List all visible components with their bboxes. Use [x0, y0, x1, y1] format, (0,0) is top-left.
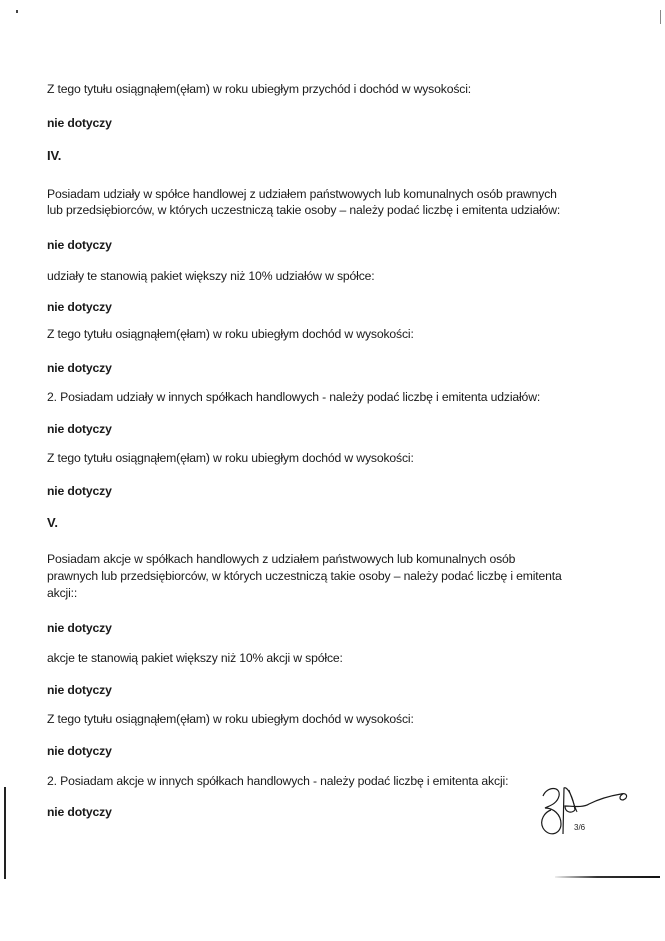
- income-statement-line: Z tego tytułu osiągnąłem(ęłam) w roku ub…: [47, 451, 414, 466]
- section-heading-iv: IV.: [47, 148, 61, 163]
- other-shares-line: 2. Posiadam udziały w innych spółkach ha…: [47, 390, 540, 405]
- stocks-paragraph-line-3: akcji::: [47, 586, 77, 601]
- scan-artifact: [660, 10, 661, 24]
- income-statement-line: Z tego tytułu osiągnąłem(ęłam) w roku ub…: [47, 327, 414, 342]
- not-applicable-answer: nie dotyczy: [47, 744, 112, 759]
- scan-artifact: [555, 876, 660, 878]
- shares-paragraph-line-1: Posiadam udziały w spółce handlowej z ud…: [47, 187, 557, 202]
- not-applicable-answer: nie dotyczy: [47, 361, 112, 376]
- not-applicable-answer: nie dotyczy: [47, 484, 112, 499]
- not-applicable-answer: nie dotyczy: [47, 238, 112, 253]
- stocks-paragraph-line-1: Posiadam akcje w spółkach handlowych z u…: [47, 552, 515, 567]
- income-statement-line: Z tego tytułu osiągnąłem(ęłam) w roku ub…: [47, 712, 414, 727]
- stocks-paragraph-line-2: prawnych lub przedsiębiorców, w których …: [47, 569, 562, 584]
- scan-artifact: [4, 787, 6, 879]
- not-applicable-answer: nie dotyczy: [47, 422, 112, 437]
- other-stocks-line: 2. Posiadam akcje w innych spółkach hand…: [47, 774, 508, 789]
- not-applicable-answer: nie dotyczy: [47, 805, 112, 820]
- stocks-package-line: akcje te stanowią pakiet większy niż 10%…: [47, 651, 343, 666]
- income-statement-line: Z tego tytułu osiągnąłem(ęłam) w roku ub…: [47, 82, 471, 97]
- document-page: Z tego tytułu osiągnąłem(ęłam) w roku ub…: [0, 0, 665, 941]
- not-applicable-answer: nie dotyczy: [47, 683, 112, 698]
- page-number: 3/6: [574, 823, 585, 832]
- scan-artifact: [16, 10, 18, 13]
- shares-paragraph-line-2: lub przedsiębiorców, w których uczestnic…: [47, 203, 560, 218]
- not-applicable-answer: nie dotyczy: [47, 116, 112, 131]
- not-applicable-answer: nie dotyczy: [47, 300, 112, 315]
- signature-icon: [535, 782, 635, 842]
- not-applicable-answer: nie dotyczy: [47, 621, 112, 636]
- shares-package-line: udziały te stanowią pakiet większy niż 1…: [47, 269, 375, 284]
- section-heading-v: V.: [47, 515, 58, 530]
